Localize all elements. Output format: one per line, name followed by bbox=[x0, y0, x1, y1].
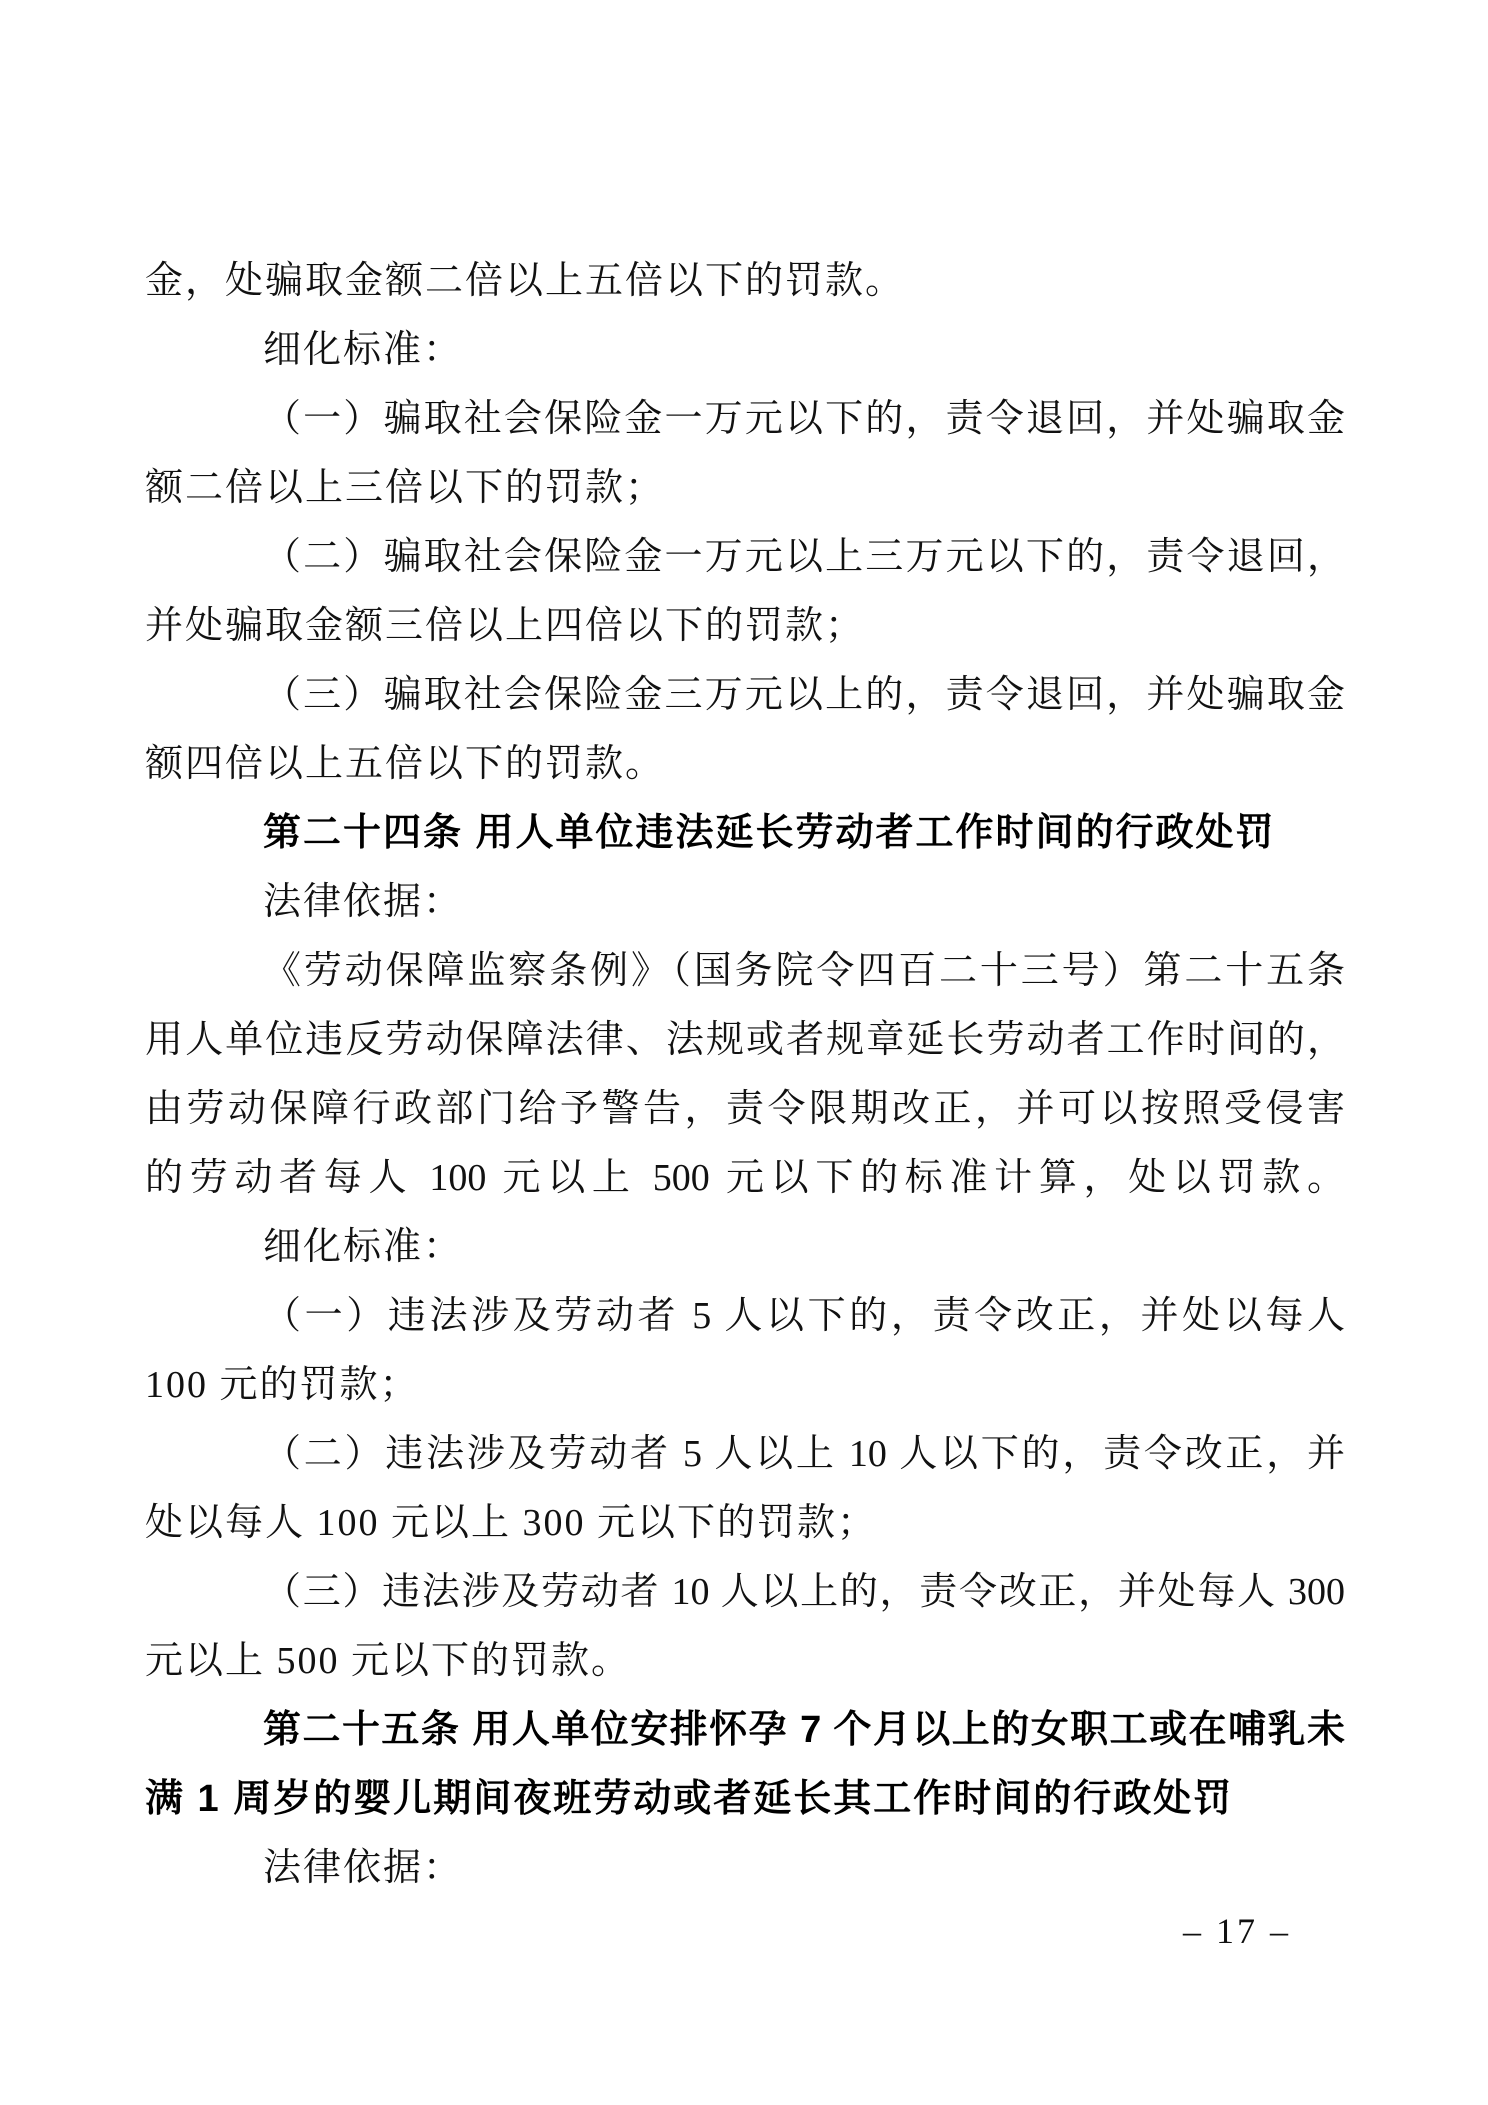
text-line: （二）骗取社会保险金一万元以上三万元以下的，责令退回， bbox=[145, 523, 1345, 592]
text-line: （三）骗取社会保险金三万元以上的，责令退回，并处骗取金 bbox=[145, 661, 1345, 730]
text-line: 第二十五条 用人单位安排怀孕 7 个月以上的女职工或在哺乳未 bbox=[145, 1696, 1345, 1765]
text-line: （三）违法涉及劳动者 10 人以上的，责令改正，并处每人 300 bbox=[145, 1558, 1345, 1627]
text-line: （一）骗取社会保险金一万元以下的，责令退回，并处骗取金 bbox=[145, 385, 1345, 454]
text-line: 处以每人 100 元以上 300 元以下的罚款； bbox=[145, 1489, 1345, 1558]
text-line: 的劳动者每人 100 元以上 500 元以下的标准计算，处以罚款。 bbox=[145, 1144, 1345, 1213]
text-line: （一）违法涉及劳动者 5 人以下的，责令改正，并处以每人 bbox=[145, 1282, 1345, 1351]
text-line: 第二十四条 用人单位违法延长劳动者工作时间的行政处罚 bbox=[145, 799, 1345, 868]
text-line: 额四倍以上五倍以下的罚款。 bbox=[145, 730, 1345, 799]
text-line: 用人单位违反劳动保障法律、法规或者规章延长劳动者工作时间的， bbox=[145, 1006, 1345, 1075]
text-line: 100 元的罚款； bbox=[145, 1351, 1345, 1420]
text-lines: 金，处骗取金额二倍以上五倍以下的罚款。细化标准：（一）骗取社会保险金一万元以下的… bbox=[145, 247, 1345, 1903]
text-line: 法律依据： bbox=[145, 868, 1345, 937]
text-line: 并处骗取金额三倍以上四倍以下的罚款； bbox=[145, 592, 1345, 661]
text-line: 满 1 周岁的婴儿期间夜班劳动或者延长其工作时间的行政处罚 bbox=[145, 1765, 1345, 1834]
text-line: 额二倍以上三倍以下的罚款； bbox=[145, 454, 1345, 523]
text-line: 金，处骗取金额二倍以上五倍以下的罚款。 bbox=[145, 247, 1345, 316]
text-line: 由劳动保障行政部门给予警告，责令限期改正，并可以按照受侵害 bbox=[145, 1075, 1345, 1144]
page-number: – 17 – bbox=[1183, 1906, 1291, 1956]
text-line: 细化标准： bbox=[145, 316, 1345, 385]
text-line: 《劳动保障监察条例》（国务院令四百二十三号）第二十五条 bbox=[145, 937, 1345, 1006]
document-page: 金，处骗取金额二倍以上五倍以下的罚款。细化标准：（一）骗取社会保险金一万元以下的… bbox=[0, 0, 1488, 2105]
text-line: 元以上 500 元以下的罚款。 bbox=[145, 1627, 1345, 1696]
text-line: 法律依据： bbox=[145, 1834, 1345, 1903]
text-line: （二）违法涉及劳动者 5 人以上 10 人以下的，责令改正，并 bbox=[145, 1420, 1345, 1489]
text-line: 细化标准： bbox=[145, 1213, 1345, 1282]
